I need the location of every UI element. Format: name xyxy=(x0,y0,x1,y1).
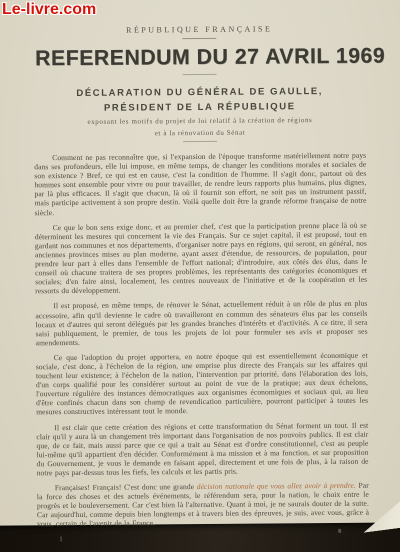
divider-rule-under-title xyxy=(183,74,217,75)
declaration-subtitle-line1: exposant les motifs du projet de loi rel… xyxy=(34,116,366,127)
declaration-subtitle-line2: et à la rénovation du Sénat xyxy=(34,128,366,139)
page-title: REFERENDUM DU 27 AVRIL 1969 xyxy=(35,44,364,72)
paragraph-5: Il est clair que cette création des régi… xyxy=(36,420,368,477)
document-body: Comment ne pas reconnaître que, si l'exp… xyxy=(34,151,369,529)
scanner-background: RÉPUBLIQUE FRANÇAISE REFERENDUM DU 27 AV… xyxy=(0,0,400,552)
paragraph-3: Il est proposé, en même temps, de rénove… xyxy=(35,299,367,347)
paragraph-6: Françaises! Français! C'est donc une gra… xyxy=(37,481,369,529)
divider-rule-under-subtitle xyxy=(183,141,217,142)
page-number: 1 xyxy=(59,535,63,543)
divider-rule-top xyxy=(182,38,216,39)
declaration-heading-line2: PRÉSIDENT DE LA RÉPUBLIQUE xyxy=(34,101,366,115)
page-footer: 1 xyxy=(37,532,369,549)
paragraph-1: Comment ne pas reconnaître que, si l'exp… xyxy=(34,151,366,217)
declaration-heading-line1: DÉCLARATION DU GÉNÉRAL DE GAULLE, xyxy=(34,86,366,100)
bookseller-watermark: Le-livre.com xyxy=(2,1,96,19)
paragraph-4: Ce que l'adoption du projet apportera, e… xyxy=(36,351,368,417)
scanned-page: RÉPUBLIQUE FRANÇAISE REFERENDUM DU 27 AV… xyxy=(0,0,400,526)
paragraph-2: Ce que le bon sens exige donc, et au pre… xyxy=(35,220,368,295)
scan-artifact-speck xyxy=(338,528,341,532)
republic-header: RÉPUBLIQUE FRANÇAISE xyxy=(33,24,365,36)
